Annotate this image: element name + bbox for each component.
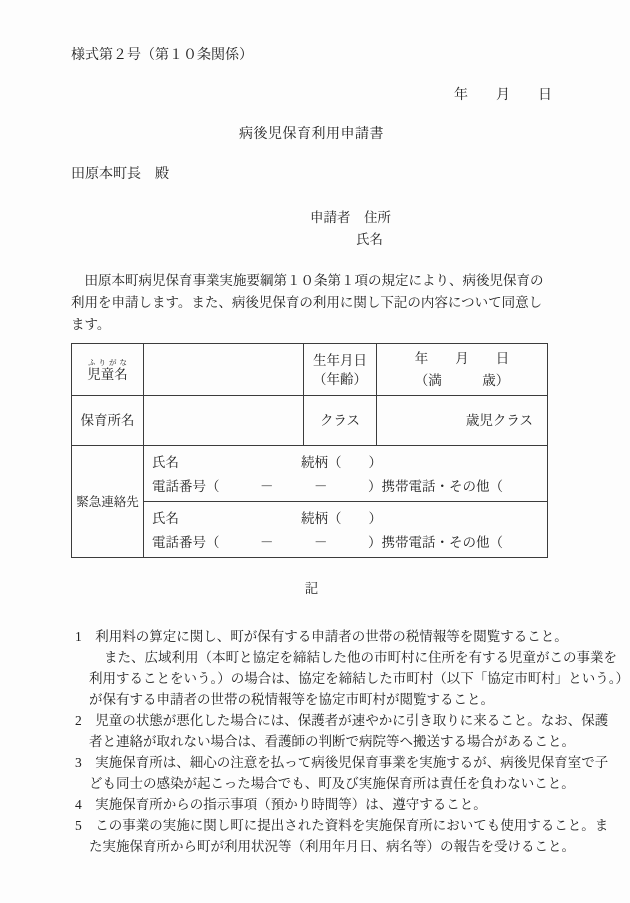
contact-name-line: 氏名続柄（ ）	[152, 507, 547, 531]
paragraph-line: 利用を申請します。また、病後児保育の利用に関し下記の内容について同意し	[71, 292, 552, 314]
applicant-address-label: 住所	[364, 210, 391, 225]
applicant-block: 申請者 住所 氏名	[310, 207, 552, 251]
note-line: た実施保育所から町が利用状況等（利用年月日、病名等）の報告を受けること。	[71, 836, 552, 857]
note-line: 1 利用料の算定に関し、町が保有する申請者の世帯の税情報等を閲覧すること。	[71, 626, 552, 647]
document-content: 様式第２号（第１０条関係） 年 月 日 病後児保育利用申請書 田原本町長 殿 申…	[0, 46, 552, 857]
emergency-contact-1-cell[interactable]: 氏名続柄（ ） 電話番号（ － － ）携帯電話・その他（ ）	[144, 446, 548, 502]
contact-relation-field: 続柄（ ）	[301, 511, 382, 526]
body-paragraph: 田原本町病児保育事業実施要綱第１０条第１項の規定により、病後児保育の 利用を申請…	[71, 270, 552, 336]
paragraph-line: 田原本町病児保育事業実施要綱第１０条第１項の規定により、病後児保育の	[71, 270, 552, 292]
date-line: 年 月 日	[71, 86, 552, 106]
contact-phone-line: 電話番号（ － － ）携帯電話・その他（ ）	[152, 531, 547, 555]
birthdate-header-cell: 生年月日 （年齢）	[304, 344, 377, 396]
emergency-contact-row-2: 氏名続柄（ ） 電話番号（ － － ）携帯電話・その他（ ）	[72, 502, 548, 558]
addressee: 田原本町長 殿	[71, 165, 552, 185]
birthdate-value-cell[interactable]: 年 月 日 （満 歳）	[377, 344, 548, 396]
applicant-address-row: 申請者 住所	[310, 207, 552, 229]
nursery-name-label: 保育所名	[72, 396, 144, 446]
applicant-name-row: 氏名	[356, 229, 552, 251]
furigana-label: ふりがな	[72, 358, 143, 367]
contact-phone-line: 電話番号（ － － ）携帯電話・その他（ ）	[152, 475, 547, 499]
document-page: 様式第２号（第１０条関係） 年 月 日 病後児保育利用申請書 田原本町長 殿 申…	[0, 0, 630, 903]
note-line: が保有する申請者の世帯の税情報等を協定市町村が閲覧すること。	[71, 689, 552, 710]
child-name-row: ふりがな 児童名 生年月日 （年齢） 年 月 日 （満 歳）	[72, 344, 548, 396]
form-number: 様式第２号（第１０条関係）	[71, 46, 552, 66]
child-name-header-cell: ふりがな 児童名	[72, 344, 144, 396]
note-line: ども同士の感染が起こった場合でも、町及び実施保育所は責任を負わないこと。	[71, 773, 552, 794]
note-line: また、広域利用（本町と協定を締結した他の市町村に住所を有する児童がこの事業を	[71, 647, 552, 668]
contact-name-label: 氏名	[152, 511, 179, 526]
birthdate-age-template: （満 歳）	[377, 370, 547, 392]
birthdate-age-label: （年齢）	[304, 370, 376, 389]
document-title: 病後児保育利用申請書	[71, 124, 552, 146]
note-line: 3 実施保育所は、細心の注意を払って病後児保育事業を実施するが、病後児保育室で子	[71, 752, 552, 773]
nursery-row: 保育所名 クラス 歳児クラス	[72, 396, 548, 446]
birthdate-ymd-template: 年 月 日	[377, 348, 547, 370]
contact-relation-field: 続柄（ ）	[301, 455, 382, 470]
child-name-input-cell[interactable]	[144, 344, 304, 396]
note-line: 4 実施保育所からの指示事項（預かり時間等）は、遵守すること。	[71, 794, 552, 815]
contact-name-line: 氏名続柄（ ）	[152, 451, 547, 475]
note-line: 利用することをいう。）の場合は、協定を締結した市町村（以下「協定市町村」という。…	[71, 668, 552, 689]
birthdate-label: 生年月日	[304, 351, 376, 370]
notes-heading: 記	[71, 579, 552, 599]
class-value: 歳児クラス	[377, 396, 548, 446]
paragraph-line: ます。	[71, 314, 552, 336]
note-line: 2 児童の状態が悪化した場合には、保護者が速やかに引き取りに来ること。なお、保護	[71, 710, 552, 731]
note-line: 者と連絡が取れない場合は、看護師の判断で病院等へ搬送する場合があること。	[71, 731, 552, 752]
nursery-name-input-cell[interactable]	[144, 396, 304, 446]
note-line: 5 この事業の実施に関し町に提出された資料を実施保育所においても使用すること。ま	[71, 815, 552, 836]
application-table: ふりがな 児童名 生年月日 （年齢） 年 月 日 （満 歳） 保育所名 クラス …	[71, 343, 548, 558]
notes-list: 1 利用料の算定に関し、町が保有する申請者の世帯の税情報等を閲覧すること。 また…	[71, 626, 552, 857]
emergency-contact-label: 緊急連絡先	[72, 446, 144, 558]
child-name-label: 児童名	[72, 367, 143, 382]
contact-name-label: 氏名	[152, 455, 179, 470]
class-label: クラス	[304, 396, 377, 446]
applicant-label: 申請者	[310, 210, 351, 225]
applicant-name-label: 氏名	[356, 232, 383, 247]
emergency-contact-row-1: 緊急連絡先 氏名続柄（ ） 電話番号（ － － ）携帯電話・その他（ ）	[72, 446, 548, 502]
emergency-contact-2-cell[interactable]: 氏名続柄（ ） 電話番号（ － － ）携帯電話・その他（ ）	[144, 502, 548, 558]
